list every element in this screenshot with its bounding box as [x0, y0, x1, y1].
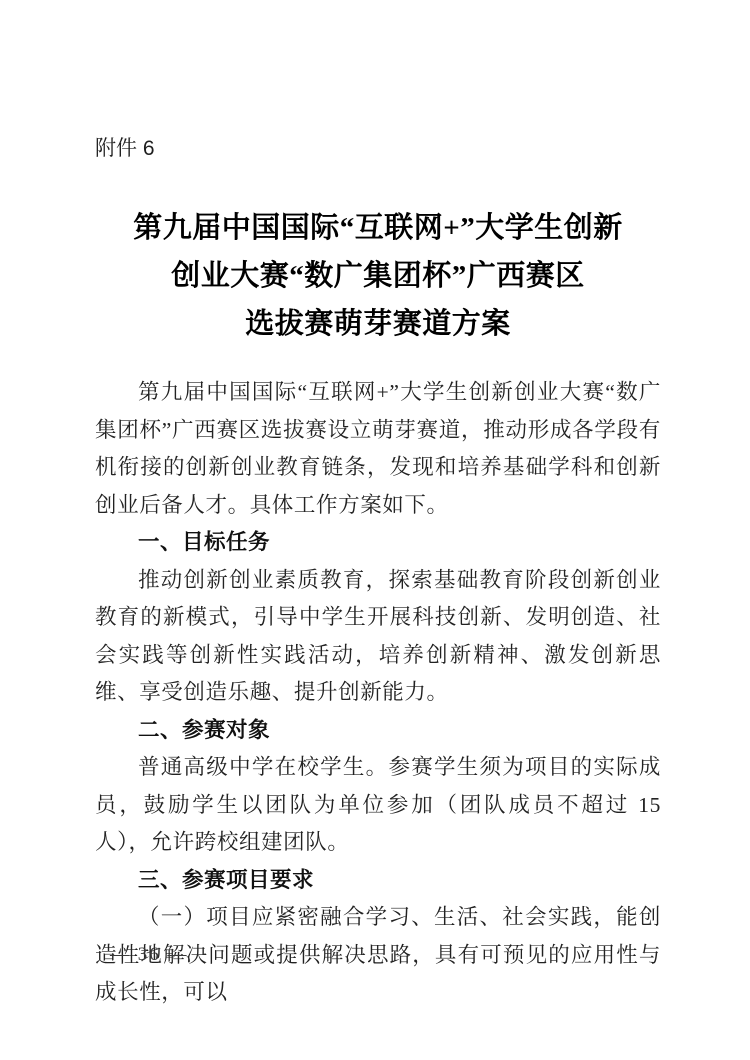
attachment-label: 附件 6: [95, 136, 661, 162]
title-line-1: 第九届中国国际“互联网+”大学生创新: [95, 204, 661, 252]
document-title: 第九届中国国际“互联网+”大学生创新 创业大赛“数广集团杯”广西赛区 选拔赛萌芽…: [95, 204, 661, 348]
page-number: — 36 —: [110, 944, 189, 966]
section-heading-participants: 二、参赛对象: [95, 712, 661, 750]
paragraph-goals: 推动创新创业素质教育，探索基础教育阶段创新创业教育的新模式，引导中学生开展科技创…: [95, 562, 661, 712]
title-line-2: 创业大赛“数广集团杯”广西赛区: [95, 252, 661, 300]
document-body: 第九届中国国际“互联网+”大学生创新创业大赛“数广集团杯”广西赛区选拔赛设立萌芽…: [95, 374, 661, 1012]
section-heading-project-requirements: 三、参赛项目要求: [95, 862, 661, 900]
document-page: 附件 6 第九届中国国际“互联网+”大学生创新 创业大赛“数广集团杯”广西赛区 …: [0, 0, 750, 1060]
paragraph-intro: 第九届中国国际“互联网+”大学生创新创业大赛“数广集团杯”广西赛区选拔赛设立萌芽…: [95, 374, 661, 524]
title-line-3: 选拔赛萌芽赛道方案: [95, 300, 661, 348]
content-column: 附件 6 第九届中国国际“互联网+”大学生创新 创业大赛“数广集团杯”广西赛区 …: [95, 0, 661, 1012]
paragraph-participants: 普通高级中学在校学生。参赛学生须为项目的实际成员，鼓励学生以团队为单位参加（团队…: [95, 749, 661, 862]
section-heading-goals: 一、目标任务: [95, 524, 661, 562]
